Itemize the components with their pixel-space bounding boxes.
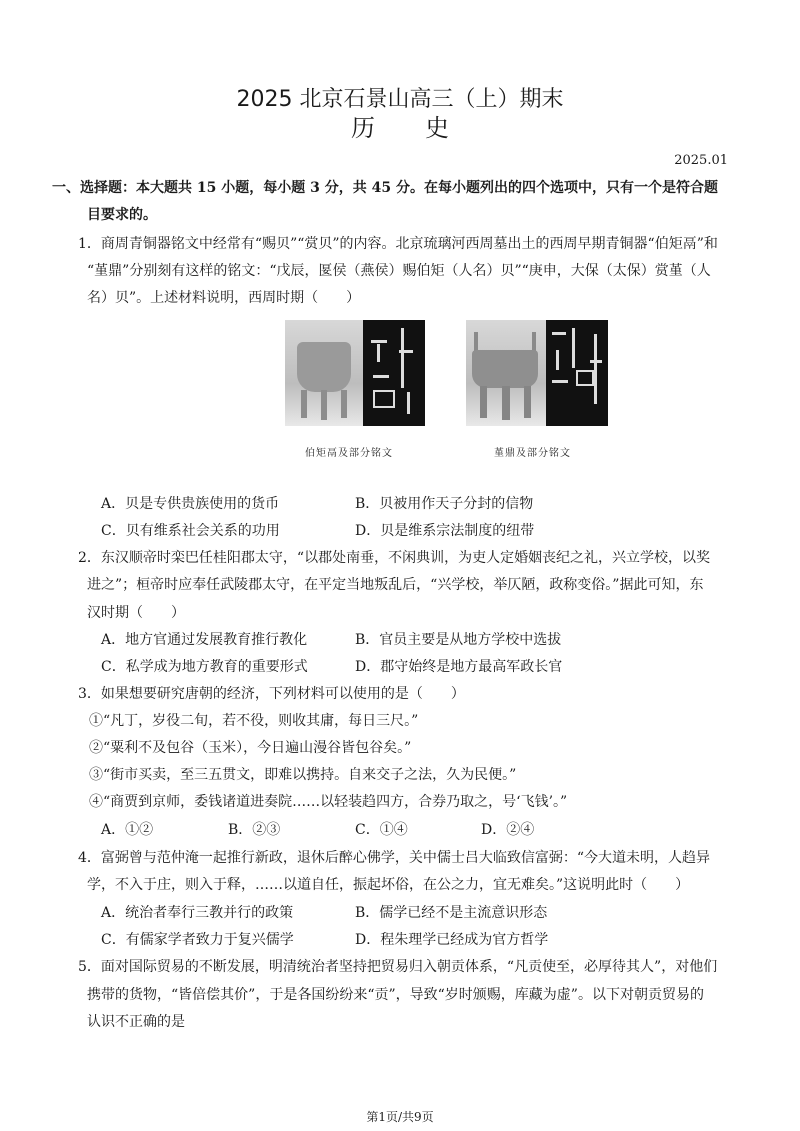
option-a[interactable]: A．①②	[101, 820, 153, 840]
option-b[interactable]: B．儒学已经不是主流意识形态	[355, 903, 547, 923]
question-4-line: 学，不入于庄，则入于释，……以道自任，振起坏俗，在公之力，宜无难矣。”这说明此时…	[87, 875, 689, 895]
question-1-line: 1．商周青铜器铭文中经常有“赐贝”“赏贝”的内容。北京琉璃河西周墓出土的西周早期…	[78, 234, 718, 254]
option-c[interactable]: C．贝有维系社会关系的功用	[101, 521, 280, 541]
question-5-line: 5．面对国际贸易的不断发展，明清统治者坚持把贸易归入朝贡体系，“凡贡使至，必厚待…	[78, 957, 717, 977]
inscription-rubbing-image	[546, 320, 608, 426]
material-1: ①“凡丁，岁役二旬，若不役，则收其庸，每日三尺。”	[89, 711, 418, 731]
question-2-line: 汉时期（ ）	[87, 603, 185, 623]
figure-caption: 堇鼎及部分铭文	[494, 444, 571, 459]
inscription-rubbing-image	[363, 320, 425, 426]
option-b[interactable]: B．官员主要是从地方学校中选拔	[355, 630, 561, 650]
exam-date: 2025.01	[674, 153, 728, 168]
option-c[interactable]: C．有儒家学者致力于复兴儒学	[101, 930, 294, 950]
question-3-line: 3．如果想要研究唐朝的经济，下列材料可以使用的是（ ）	[78, 684, 465, 704]
option-d[interactable]: D．郡守始终是地方最高军政长官	[355, 657, 562, 677]
bronze-ding-vessel-image	[466, 320, 546, 426]
subject-title: 历史	[0, 108, 800, 143]
option-c[interactable]: C．私学成为地方教育的重要形式	[101, 657, 308, 677]
option-a[interactable]: A．贝是专供贵族使用的货币	[101, 494, 279, 514]
question-1-line: “堇鼎”分别刻有这样的铭文：“戊辰，匽侯（燕侯）赐伯矩（人名）贝”“庚申，大保（…	[87, 261, 711, 281]
option-a[interactable]: A．统治者奉行三教并行的政策	[101, 903, 293, 923]
material-2: ②“粟利不及包谷（玉米），今日遍山漫谷皆包谷矣。”	[89, 738, 411, 758]
option-d[interactable]: D．程朱理学已经成为官方哲学	[355, 930, 548, 950]
option-d[interactable]: D．②④	[481, 820, 534, 840]
option-c[interactable]: C．①④	[355, 820, 408, 840]
option-b[interactable]: B．②③	[228, 820, 280, 840]
section-instruction-cont: 目要求的。	[87, 205, 157, 225]
question-4-line: 4．富弼曾与范仲淹一起推行新政，退休后醉心佛学，关中儒士吕大临致信富弼：“今大道…	[78, 848, 710, 868]
figure-caption: 伯矩鬲及部分铭文	[305, 444, 393, 459]
option-b[interactable]: B．贝被用作天子分封的信物	[355, 494, 533, 514]
question-2-line: 进之”；桓帝时应奉任武陵郡太守，在平定当地叛乱后，“兴学校，举仄陋，政称变俗。”…	[87, 575, 703, 595]
page-number: 第1页/共9页	[0, 1108, 800, 1125]
option-a[interactable]: A．地方官通过发展教育推行教化	[101, 630, 307, 650]
material-3: ③“街市买卖，至三五贯文，即难以携持。自来交子之法，久为民便。”	[89, 765, 516, 785]
option-d[interactable]: D．贝是维系宗法制度的纽带	[355, 521, 534, 541]
subject-char: 史	[425, 108, 449, 143]
question-2-line: 2．东汉顺帝时栾巴任桂阳郡太守，“以郡处南垂，不闲典训，为吏人定婚姻丧纪之礼，兴…	[78, 548, 710, 568]
question-5-line: 认识不正确的是	[87, 1012, 185, 1032]
bronze-li-vessel-image	[285, 320, 363, 426]
section-instruction: 一、选择题：本大题共 15 小题，每小题 3 分，共 45 分。在每小题列出的四…	[52, 178, 718, 198]
subject-char: 历	[351, 108, 375, 143]
question-1-line: 名）贝”。上述材料说明，西周时期（ ）	[87, 288, 360, 308]
figure-jin-ding	[466, 320, 608, 426]
material-4: ④“商贾到京师，委钱诸道进奏院……以轻装趋四方，合券乃取之，号‘飞钱’。”	[89, 792, 567, 812]
figure-bo-ju-li	[285, 320, 425, 426]
question-5-line: 携带的货物，“皆倍偿其价”，于是各国纷纷来“贡”，导致“岁时颁赐，库藏为虚”。以…	[87, 985, 704, 1005]
